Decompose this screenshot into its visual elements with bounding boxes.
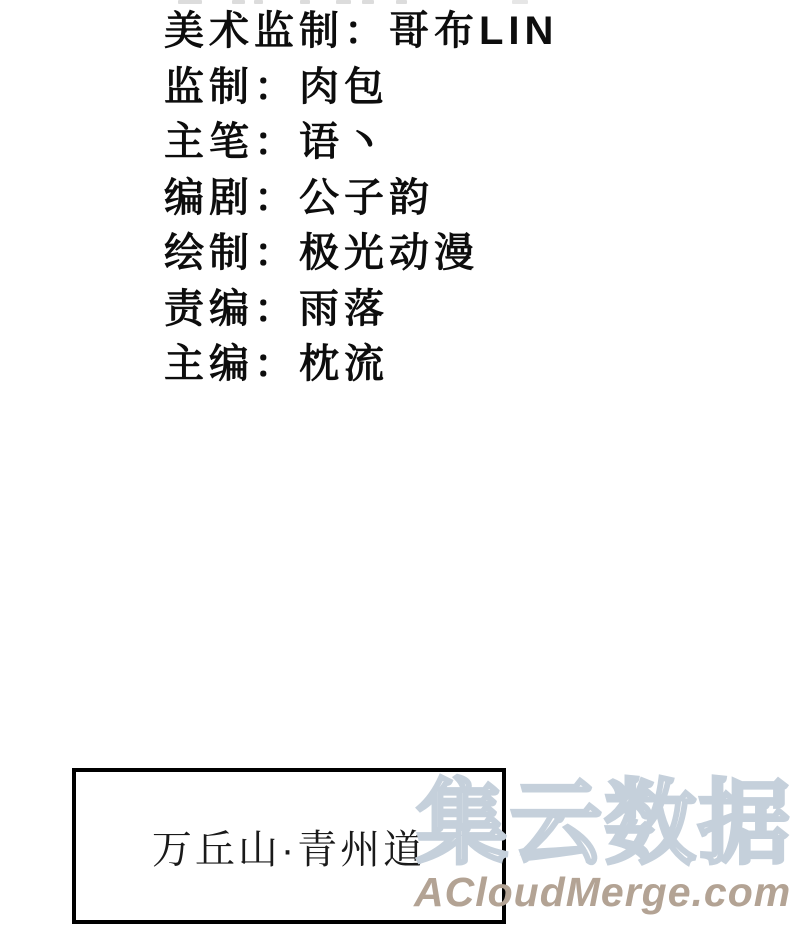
location-label: 万丘山·青州道 bbox=[152, 818, 426, 875]
credit-line-studio: 绘制：极光动漫 bbox=[164, 226, 558, 282]
comic-credits-page: 美术监制：哥布LIN 监制：肉包 主笔：语丶 编剧：公子韵 绘制：极光动漫 责编… bbox=[0, 0, 800, 929]
credit-line-editor: 责编：雨落 bbox=[164, 282, 558, 338]
credits-block: 美术监制：哥布LIN 监制：肉包 主笔：语丶 编剧：公子韵 绘制：极光动漫 责编… bbox=[164, 4, 558, 393]
credit-line-supervisor: 监制：肉包 bbox=[164, 60, 558, 116]
watermark-site-name: ACloudMerge.com bbox=[414, 872, 791, 913]
watermark-cjk-logo: 集云数据 bbox=[416, 778, 792, 870]
credit-line-art-director: 美术监制：哥布LIN bbox=[164, 4, 558, 60]
credit-line-screenwriter: 编剧：公子韵 bbox=[164, 171, 558, 227]
credit-line-lead-artist: 主笔：语丶 bbox=[164, 115, 558, 171]
credit-line-chief-editor: 主编：枕流 bbox=[164, 337, 558, 393]
